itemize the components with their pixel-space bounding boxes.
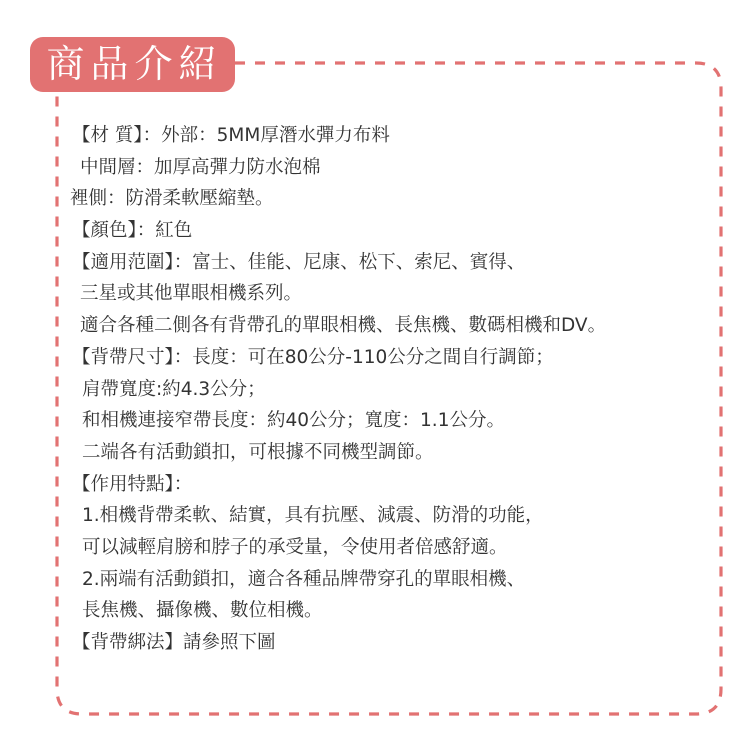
section-title-badge: 商品介紹 bbox=[30, 37, 235, 92]
feature-2-line: 2.兩端有活動鎖扣，適合各種品牌帶穿孔的單眼相機、 bbox=[70, 564, 710, 596]
color-line: 【顏色】：紅色 bbox=[70, 215, 710, 247]
feature-1-line-2: 可以減輕肩膀和脖子的承受量，令使用者倍感舒適。 bbox=[70, 532, 710, 564]
compatibility-line-2: 三星或其他單眼相機系列。 bbox=[70, 278, 710, 310]
feature-1-line: 1.相機背帶柔軟、結實，具有抗壓、減震、防滑的功能， bbox=[70, 500, 710, 532]
buckle-line: 二端各有活動鎖扣，可根據不同機型調節。 bbox=[70, 437, 710, 469]
features-heading: 【作用特點】： bbox=[70, 469, 710, 501]
feature-2-line-2: 長焦機、攝像機、數位相機。 bbox=[70, 595, 710, 627]
binding-method-line: 【背帶綁法】請參照下圖 bbox=[70, 627, 710, 659]
inner-side-line: 裡側：防滑柔軟壓縮墊。 bbox=[70, 183, 710, 215]
strap-size-line: 【背帶尺寸】：長度：可在80公分-110公分之間自行調節； bbox=[70, 342, 710, 374]
connector-strap-line: 和相機連接窄帶長度：約40公分；寬度：1.1公分。 bbox=[70, 405, 710, 437]
compatibility-line: 【適用范圍】：富士、佳能、尼康、松下、索尼、賓得、 bbox=[70, 247, 710, 279]
strap-width-line: 肩帶寬度:約4.3公分； bbox=[70, 374, 710, 406]
material-line: 【材 質】：外部：5MM厚潛水彈力布料 bbox=[70, 120, 710, 152]
product-description: 【材 質】：外部：5MM厚潛水彈力布料 中間層：加厚高彈力防水泡棉 裡側：防滑柔… bbox=[70, 120, 710, 659]
middle-layer-line: 中間層：加厚高彈力防水泡棉 bbox=[70, 152, 710, 184]
compatibility-line-3: 適合各種二側各有背帶孔的單眼相機、長焦機、數碼相機和DV。 bbox=[70, 310, 710, 342]
